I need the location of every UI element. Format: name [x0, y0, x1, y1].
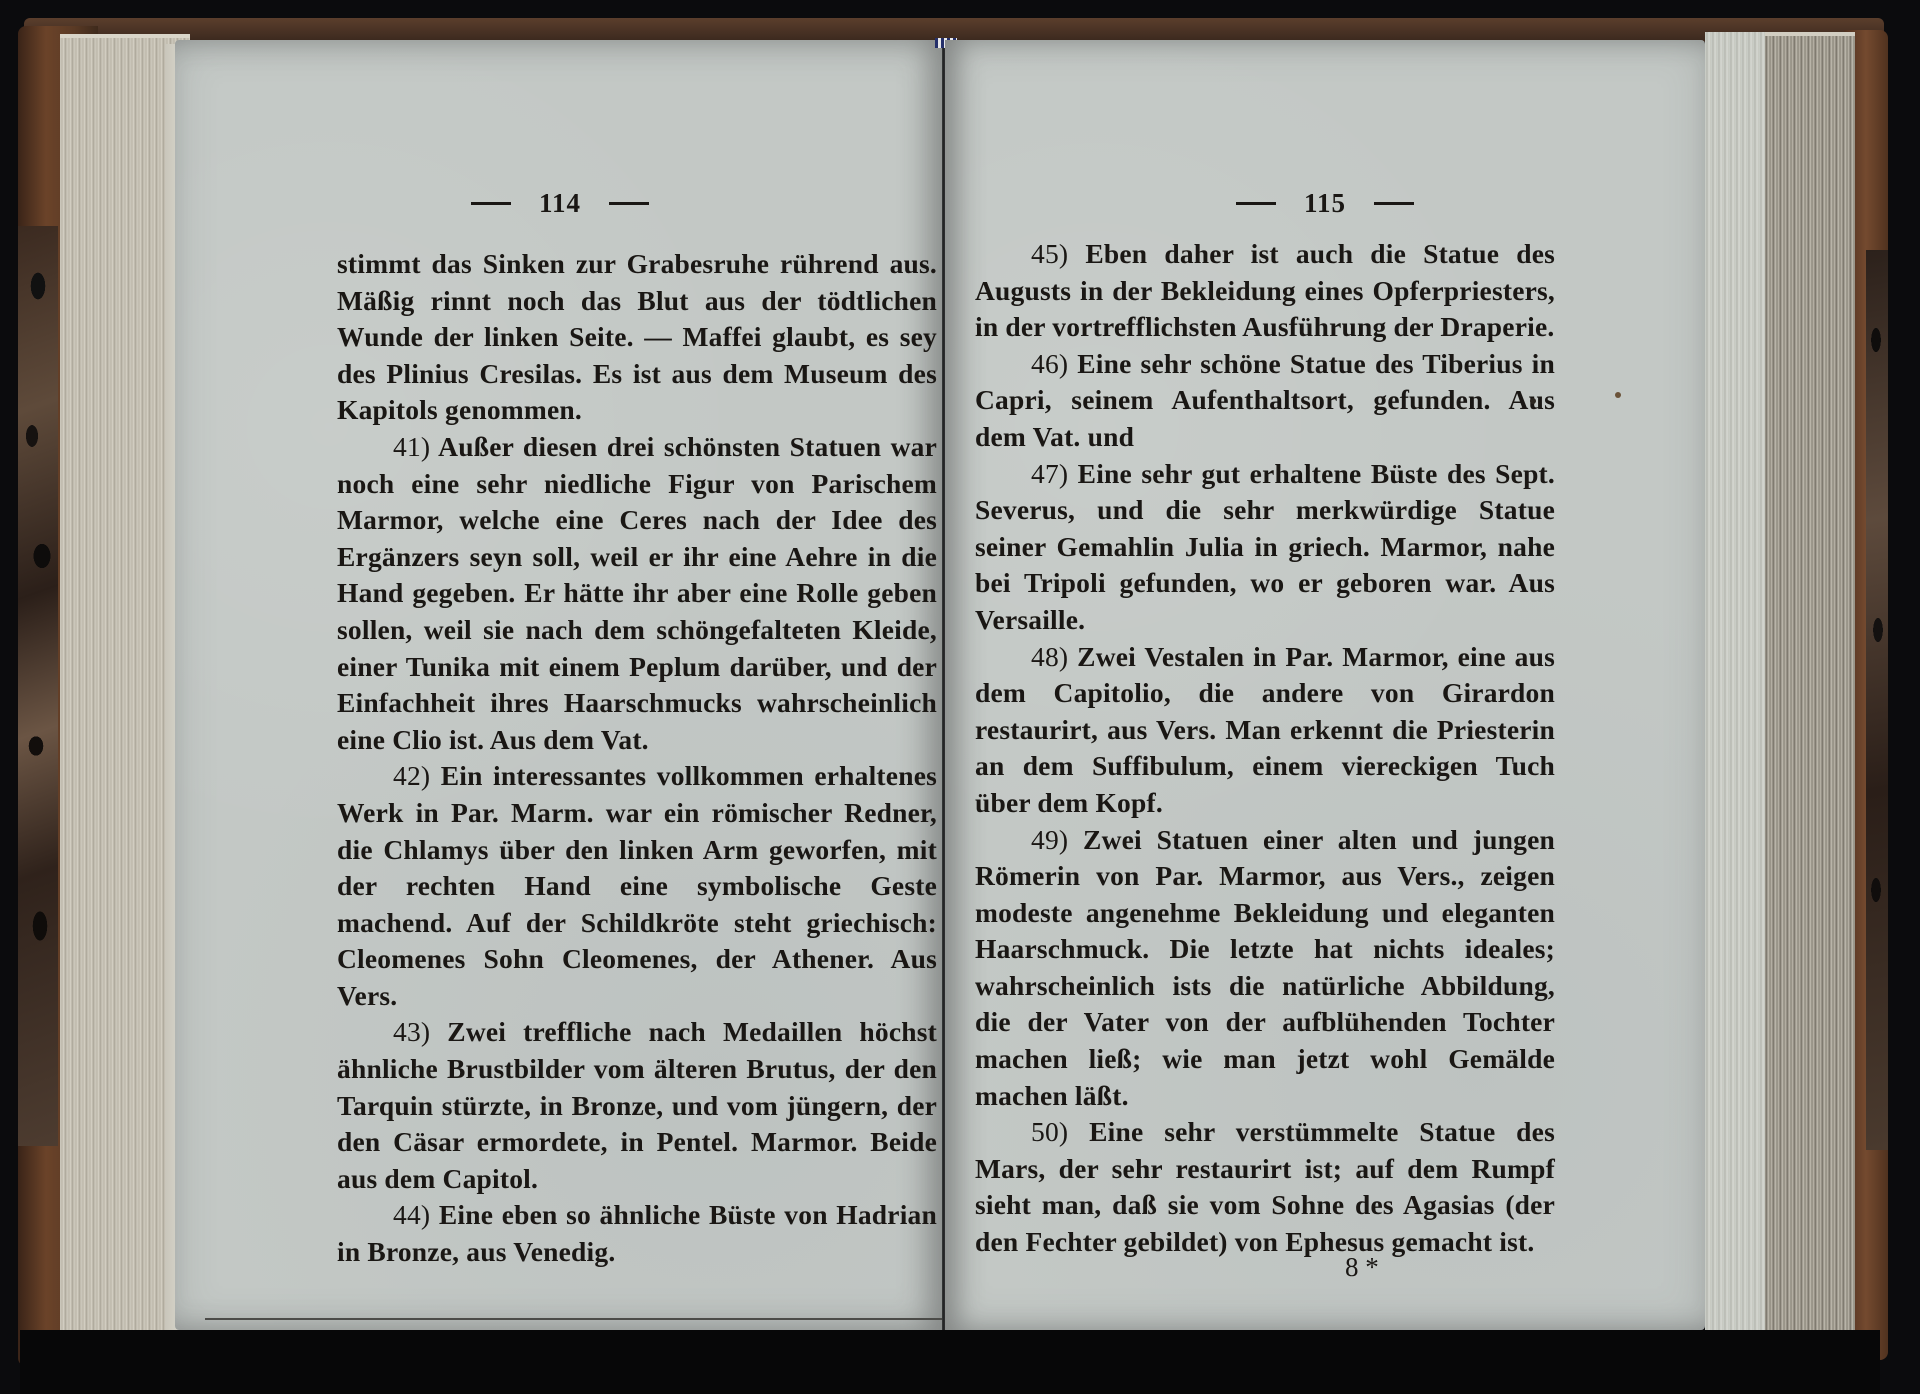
paragraph-43: 43) Zwei treffliche nach Medaillen höchs…	[337, 1014, 937, 1197]
background-shadow	[20, 1330, 1880, 1394]
paper-speck	[1530, 398, 1536, 404]
paragraph-48: 48) Zwei Vestalen in Par. Marmor, eine a…	[975, 639, 1555, 822]
head-dash	[1374, 202, 1414, 205]
marbled-board-left	[18, 226, 58, 1146]
right-page-text: 45) Eben daher ist auch die Statue des A…	[975, 236, 1555, 1261]
paragraph-45: 45) Eben daher ist auch die Statue des A…	[975, 236, 1555, 346]
marbled-board-right	[1866, 250, 1888, 1150]
page-number-left: 114	[539, 188, 581, 219]
paper-speck	[1615, 392, 1621, 398]
paragraph-42: 42) Ein interessantes vollkommen erhalte…	[337, 758, 937, 1014]
paragraph-41: 41) Außer diesen drei schönsten Statuen …	[337, 429, 937, 758]
paragraph-49: 49) Zwei Statuen einer alten und jungen …	[975, 822, 1555, 1115]
paragraph-44: 44) Eine eben so ähnliche Büste von Hadr…	[337, 1197, 937, 1270]
paragraph-47: 47) Eine sehr gut erhaltene Büste des Se…	[975, 456, 1555, 639]
page-number-right: 115	[1304, 188, 1346, 219]
paragraph-46: 46) Eine sehr schöne Statue des Tiberius…	[975, 346, 1555, 456]
running-head-right: 115	[945, 188, 1705, 219]
head-dash	[1236, 202, 1276, 205]
page-stack-right-edge	[1705, 32, 1765, 1332]
paragraph: stimmt das Sinken zur Grabesruhe rührend…	[337, 246, 937, 429]
right-page: 115 45) Eben daher ist auch die Statue d…	[945, 40, 1705, 1330]
paragraph-50: 50) Eine sehr verstümmelte Statue des Ma…	[975, 1114, 1555, 1260]
head-dash	[471, 202, 511, 205]
left-page-text: stimmt das Sinken zur Grabesruhe rührend…	[337, 246, 937, 1271]
head-dash	[609, 202, 649, 205]
running-head-left: 114	[175, 188, 945, 219]
torn-page-edge	[205, 1318, 945, 1320]
left-page: 114 stimmt das Sinken zur Grabesruhe rüh…	[175, 40, 945, 1330]
signature-mark: 8 *	[1345, 1252, 1379, 1283]
